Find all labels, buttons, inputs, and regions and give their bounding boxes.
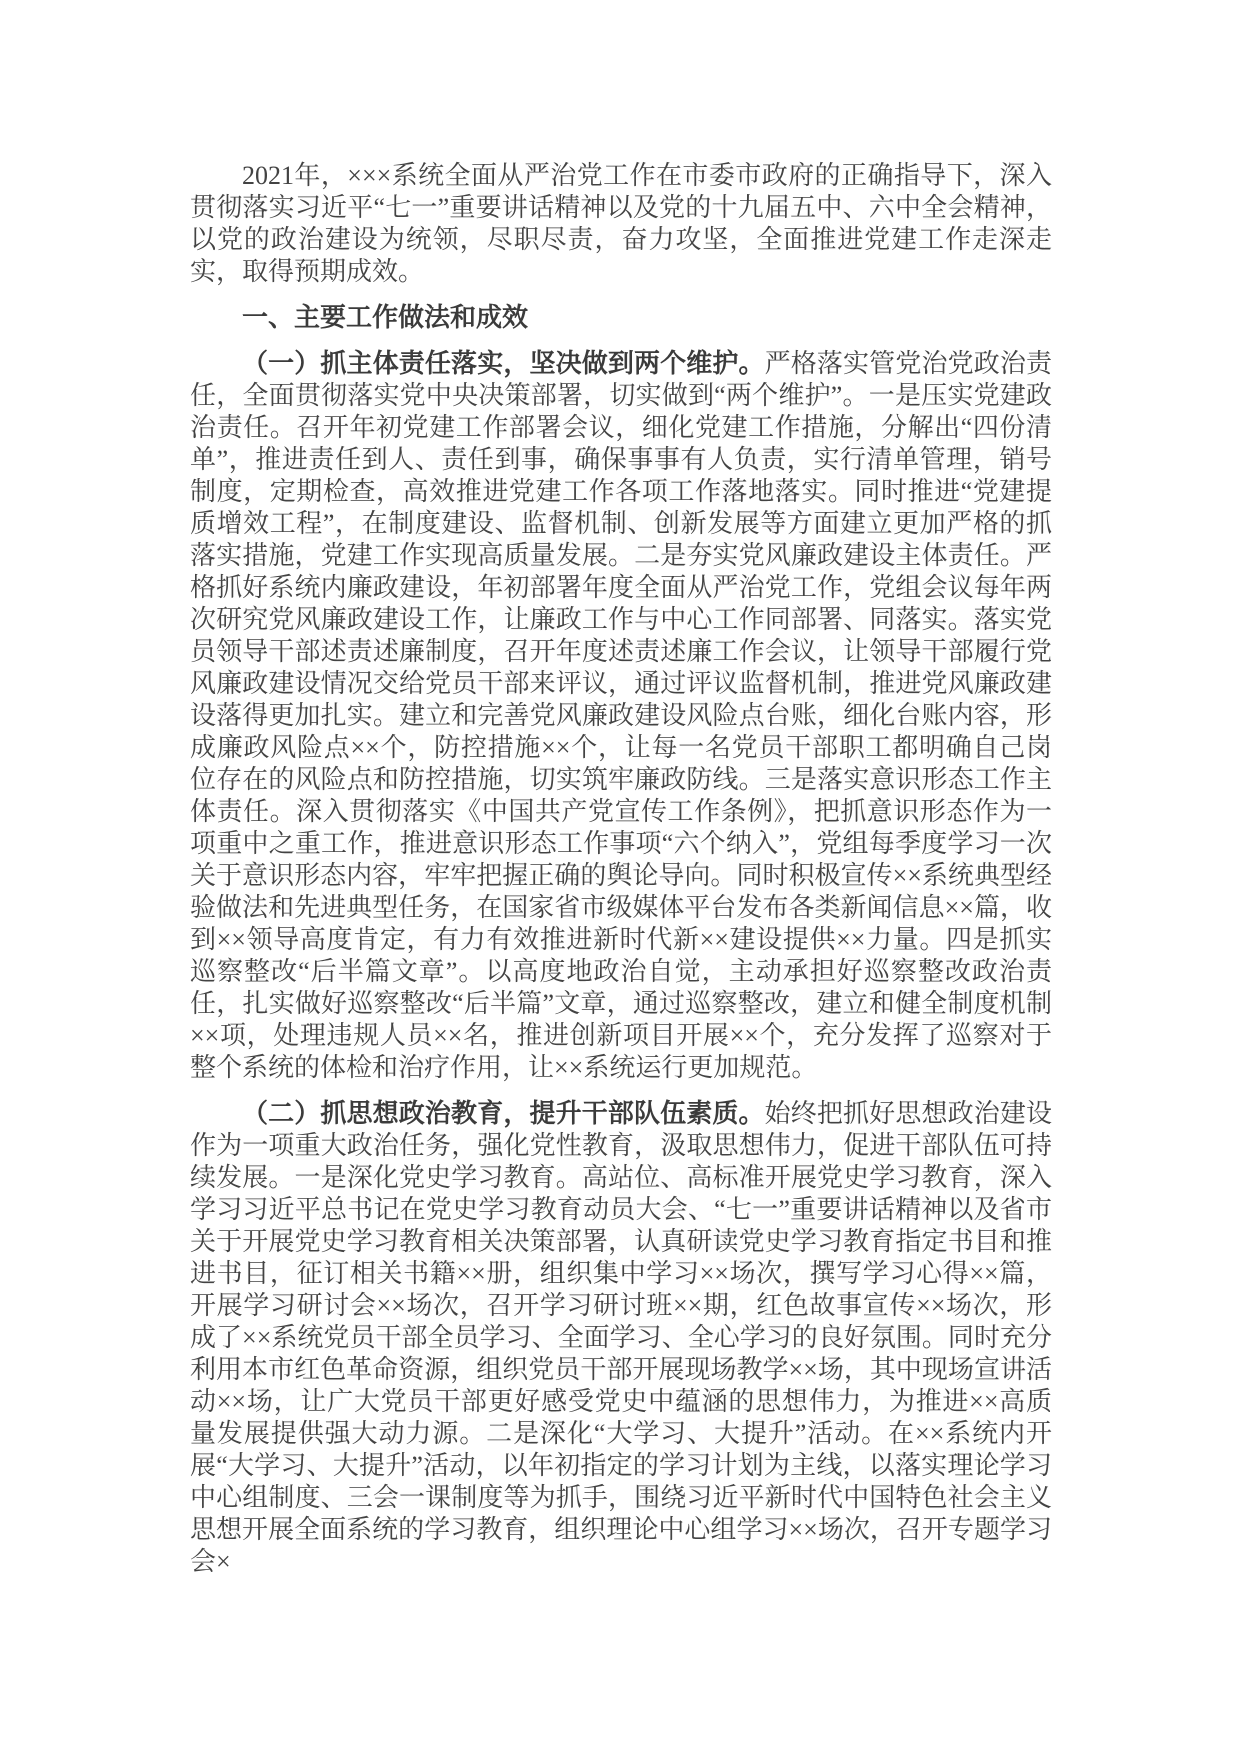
subsection-paragraph-2: （二）抓思想政治教育，提升干部队伍素质。始终把抓好思想政治建设作为一项重大政治任… bbox=[190, 1098, 1052, 1578]
section-heading: 一、主要工作做法和成效 bbox=[190, 302, 1052, 334]
intro-paragraph: 2021年，×××系统全面从严治党工作在市委市政府的正确指导下，深入贯彻落实习近… bbox=[190, 160, 1052, 288]
subsection-2-body: 始终把抓好思想政治建设作为一项重大政治任务，强化党性教育，汲取思想伟力，促进干部… bbox=[190, 1099, 1052, 1576]
subsection-1-title: （一）抓主体责任落实，坚决做到两个维护。 bbox=[242, 349, 765, 378]
subsection-paragraph-1: （一）抓主体责任落实，坚决做到两个维护。严格落实管党治党政治责任，全面贯彻落实党… bbox=[190, 348, 1052, 1084]
subsection-1-body: 严格落实管党治党政治责任，全面贯彻落实党中央决策部署，切实做到“两个维护”。一是… bbox=[190, 349, 1052, 1082]
document-page: 2021年，×××系统全面从严治党工作在市委市政府的正确指导下，深入贯彻落实习近… bbox=[0, 0, 1240, 1754]
subsection-2-title: （二）抓思想政治教育，提升干部队伍素质。 bbox=[242, 1099, 765, 1128]
